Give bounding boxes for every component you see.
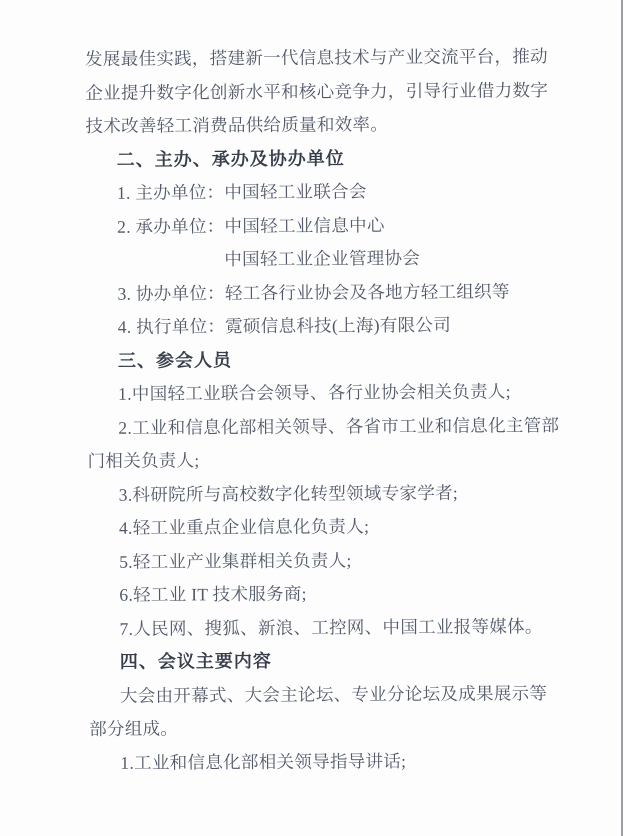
list-item-line: 3. 协办单位：轻工各行业协会及各地方轻工组织等 xyxy=(86,275,556,311)
section-heading: 四、会议主要内容 xyxy=(89,643,559,679)
paragraph-line: 门相关负责人; xyxy=(87,442,557,478)
list-item-line: 1.中国轻工业联合会领导、各行业协会相关负责人; xyxy=(87,375,557,411)
list-item-line: 4. 执行单位：霓硕信息科技(上海)有限公司 xyxy=(87,308,557,344)
document-text-block: 发展最佳实践，搭建新一代信息技术与产业交流平台，推动 企业提升数字化创新水平和核… xyxy=(85,40,559,780)
list-item-line: 7.人民网、搜狐、新浪、工控网、中国工业报等媒体。 xyxy=(88,610,558,646)
scanned-document-page: 发展最佳实践，搭建新一代信息技术与产业交流平台，推动 企业提升数字化创新水平和核… xyxy=(0,0,624,836)
list-item-line: 2.工业和信息化部相关领导、各省市工业和信息化主管部 xyxy=(87,409,557,445)
paragraph-line: 部分组成。 xyxy=(89,710,559,746)
paragraph-line: 大会由开幕式、大会主论坛、专业分论坛及成果展示等 xyxy=(89,677,559,713)
list-item-line: 4.轻工业重点企业信息化负责人; xyxy=(88,509,558,545)
list-item-line: 3.科研院所与高校数字化转型领域专家学者; xyxy=(88,476,558,512)
list-item-line: 5.轻工业产业集群相关负责人; xyxy=(88,543,558,579)
list-item-line: 2. 承办单位：中国轻工业信息中心 xyxy=(86,208,556,244)
paragraph-line: 企业提升数字化创新水平和核心竞争力，引导行业借力数字 xyxy=(85,74,555,110)
list-item-continuation: 中国轻工业企业管理协会 xyxy=(86,241,556,277)
list-item-line: 6.轻工业 IT 技术服务商; xyxy=(88,576,558,612)
paragraph-line: 技术改善轻工消费品供给质量和效率。 xyxy=(85,107,555,143)
list-item-line: 1. 主办单位：中国轻工业联合会 xyxy=(86,174,556,210)
paragraph-line: 发展最佳实践，搭建新一代信息技术与产业交流平台，推动 xyxy=(85,40,555,76)
scan-right-edge-artifact xyxy=(621,0,623,836)
section-heading: 二、主办、承办及协办单位 xyxy=(86,141,556,177)
section-heading: 三、参会人员 xyxy=(87,342,557,378)
list-item-line: 1.工业和信息化部相关领导指导讲话; xyxy=(89,744,559,780)
